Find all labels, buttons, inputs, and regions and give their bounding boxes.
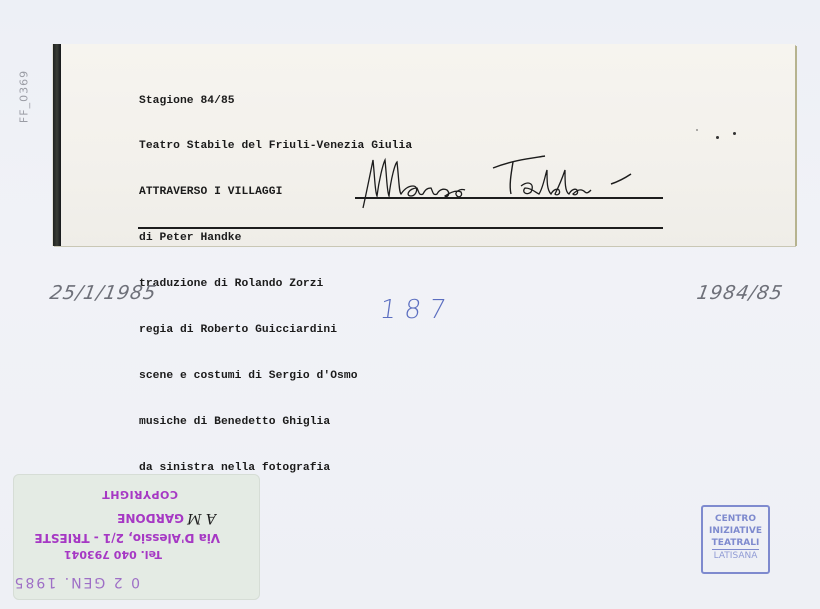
typed-caption-label: Stagione 84/85 Teatro Stabile del Friuli… [53, 44, 795, 246]
copyright-initials: A M [187, 510, 216, 526]
handwritten-date: 25/1/1985 [48, 282, 158, 304]
stamp-line-teatrali: TEATRALI [712, 537, 760, 550]
caption-season: Stagione 84/85 [139, 94, 412, 109]
caption-music: musiche di Benedetto Ghiglia [139, 415, 412, 430]
label-dark-edge [53, 44, 61, 246]
stamp-line-latisana: LATISANA [703, 550, 768, 562]
handwritten-season: 1984/85 [695, 282, 785, 304]
handwritten-photo-number: 187 [378, 295, 456, 325]
caption-director: regia di Roberto Guicciardini [139, 323, 412, 338]
typed-caption-text: Stagione 84/85 Teatro Stabile del Friuli… [139, 63, 412, 507]
caption-translation: traduzione di Rolando Zorzi [139, 277, 412, 292]
copyright-sticker: COPYRIGHT A M GARDONE Via D'Alessio, 2/1… [13, 474, 260, 600]
archive-code: FF_0369 [18, 67, 31, 127]
centro-iniziative-stamp: CENTRO INIZIATIVE TEATRALI LATISANA [701, 505, 770, 574]
handwritten-signature: Marise Fabbri - [353, 150, 673, 210]
stamp-line-iniziative: INIZIATIVE [703, 525, 768, 537]
photo-back-sheet: FF_0369 Stagione 84/85 Teatro Stabile de… [0, 0, 820, 609]
caption-line-1 [355, 197, 663, 199]
copyright-phone: Tel. 040 793041 [64, 548, 162, 561]
copyright-date-stamp: 0 2 GEN. 1985 [13, 574, 140, 590]
label-right-edge [795, 46, 797, 246]
copyright-title: COPYRIGHT [102, 488, 178, 501]
caption-sets: scene e costumi di Sergio d'Osmo [139, 369, 412, 384]
caption-author: di Peter Handke [139, 231, 412, 246]
copyright-name: GARDONE [117, 511, 184, 525]
caption-line-2 [138, 227, 663, 229]
copyright-address: Via D'Alessio, 2/1 - TRIESTE [34, 531, 220, 545]
copyright-stamp-upside-down: COPYRIGHT A M GARDONE Via D'Alessio, 2/1… [13, 474, 260, 600]
stamp-line-centro: CENTRO [703, 513, 768, 525]
